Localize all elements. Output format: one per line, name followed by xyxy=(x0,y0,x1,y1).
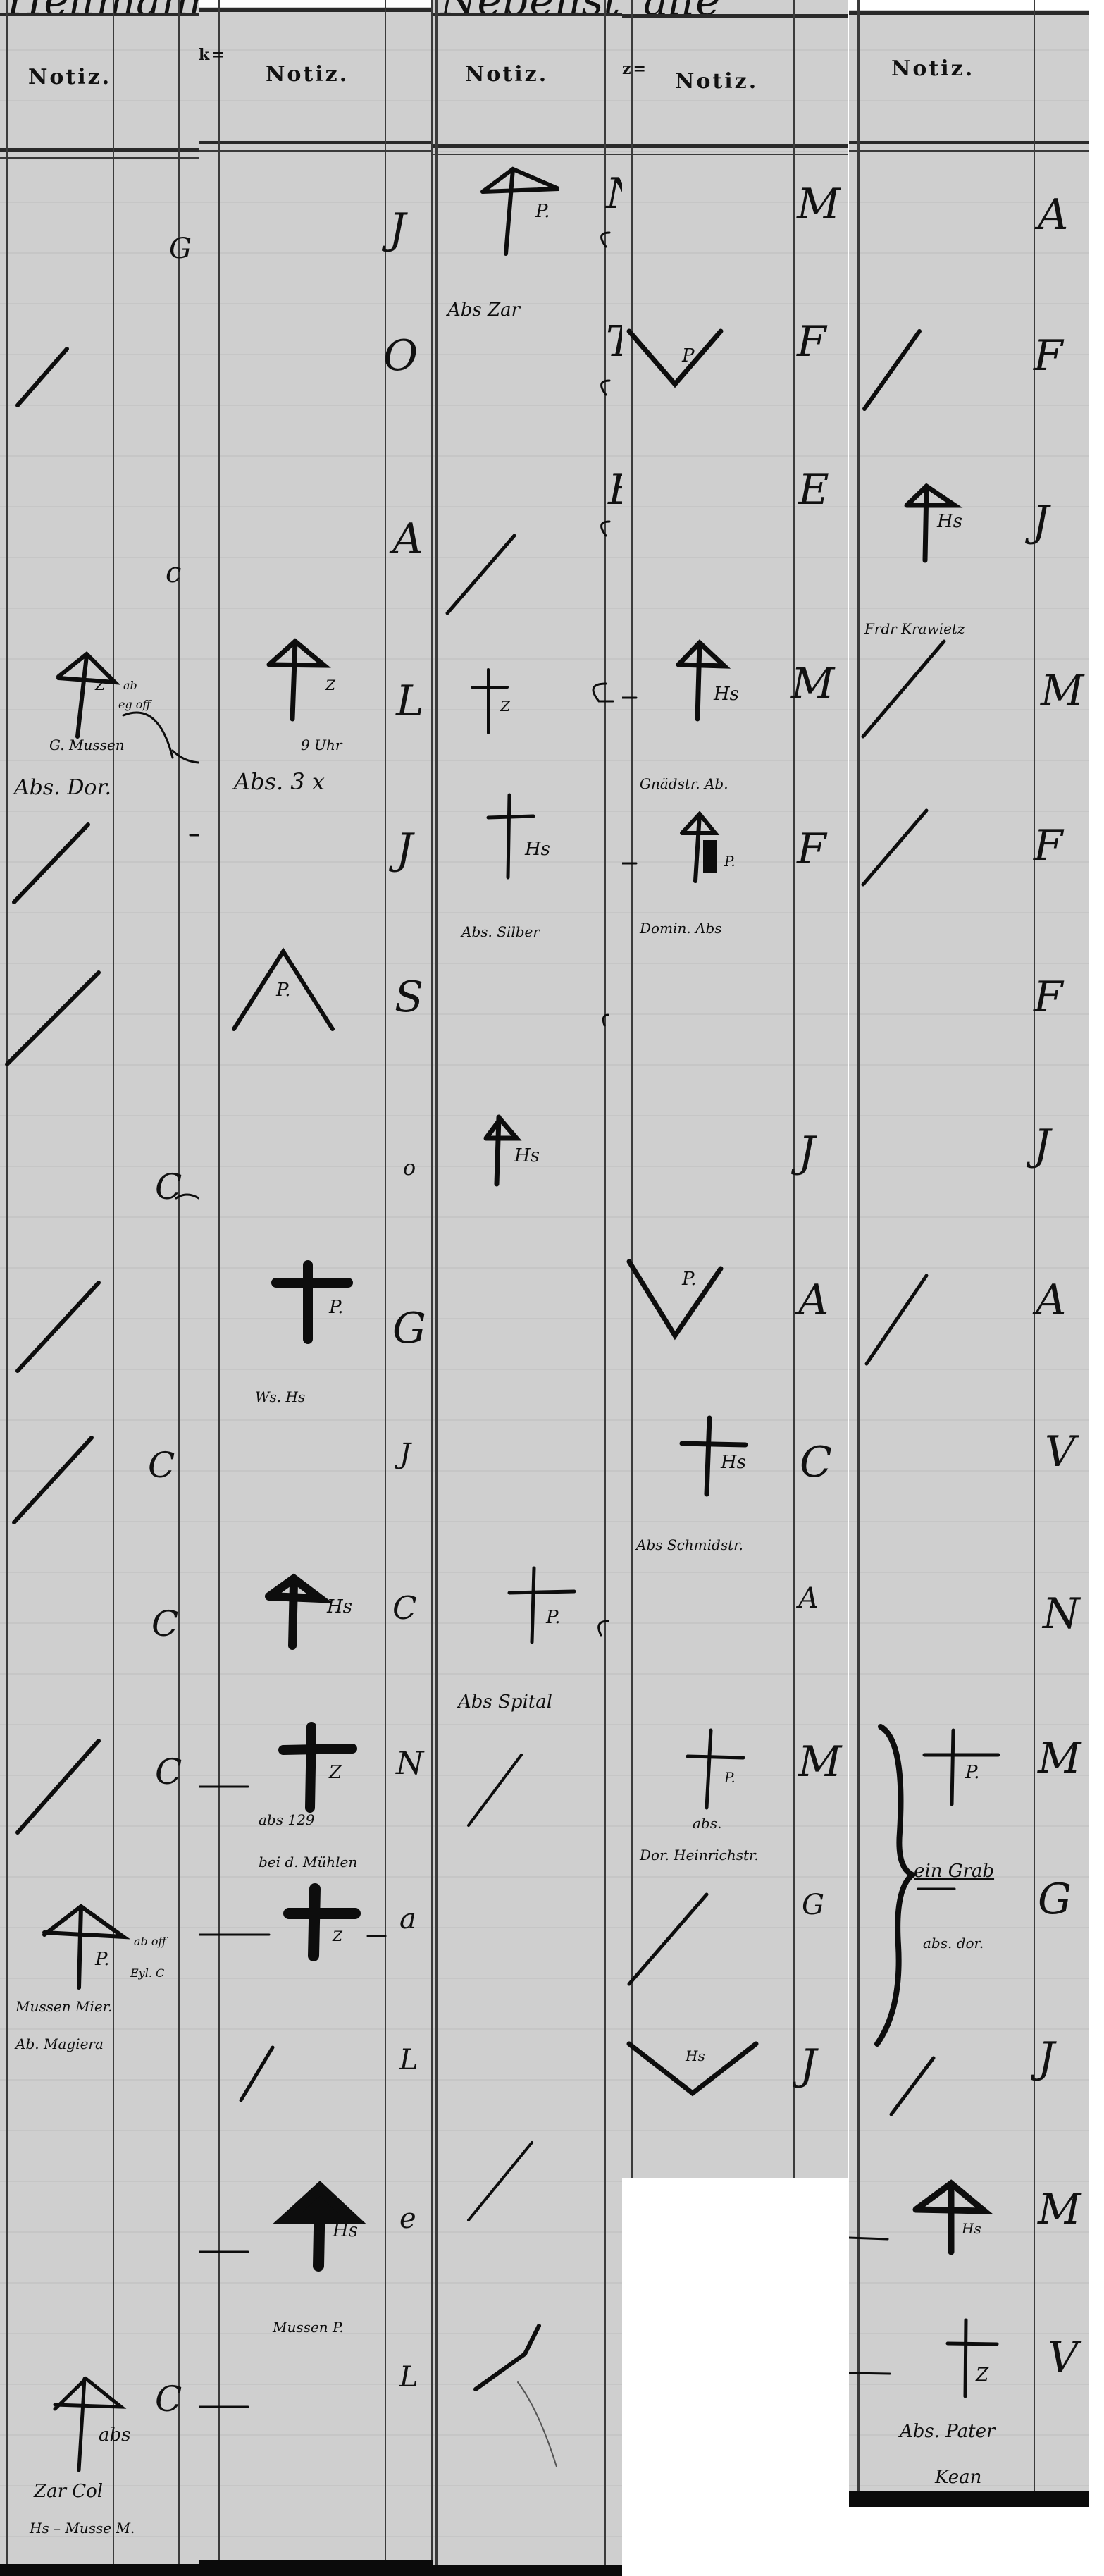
margin-letter: J xyxy=(1034,1121,1050,1170)
margin-letter: L xyxy=(396,677,424,726)
margin-letter: F xyxy=(1034,973,1063,1022)
note: Abs. Pater xyxy=(900,2421,995,2442)
margin-letter: e xyxy=(399,2202,416,2235)
margin-letter: c xyxy=(166,557,181,589)
note: Frdr Krawietz xyxy=(864,620,965,637)
margin-letter: E xyxy=(798,465,829,514)
margin-letter: J xyxy=(399,1438,411,1470)
slash-mark xyxy=(18,349,67,405)
grave-cross-roof-icon xyxy=(678,643,724,719)
margin-letter: M xyxy=(1041,666,1084,715)
note-suffix: Z xyxy=(95,677,105,694)
margin-letter: M xyxy=(791,659,834,708)
strip-2-marks xyxy=(199,0,433,2576)
note: Hs – Musse M. xyxy=(30,2520,135,2537)
margin-letter: J xyxy=(1038,2033,1055,2083)
grave-cross-roof-icon xyxy=(269,641,324,719)
note-suffix: P. xyxy=(329,1297,344,1318)
slash-mark xyxy=(447,536,514,613)
note-suffix: Z xyxy=(500,698,510,715)
margin-letter: G xyxy=(392,1304,426,1353)
note: abs 129 xyxy=(259,1811,315,1828)
scan-gap xyxy=(622,2178,849,2576)
note-suffix: Z xyxy=(325,677,335,694)
note-suffix: P. xyxy=(724,1769,736,1786)
note: Abs. Silber xyxy=(461,923,540,940)
note: Mussen Mier. xyxy=(15,1998,112,2015)
note-suffix: Hs xyxy=(686,2047,705,2064)
margin-letter: V xyxy=(1045,1427,1075,1477)
note: Zar Col xyxy=(34,2481,103,2502)
note-suffix: Hs xyxy=(721,1452,746,1473)
margin-letter: C xyxy=(155,1751,182,1792)
note-suffix: Hs xyxy=(514,1145,540,1166)
note: Gnädstr. Ab. xyxy=(640,775,728,792)
register-strip-2: k= Notiz. xyxy=(199,0,433,2576)
note: Abs. Dor. xyxy=(14,775,111,800)
margin-letter: F xyxy=(797,825,826,874)
note: abs. dor. xyxy=(923,1935,984,1952)
note-suffix: P. xyxy=(682,345,697,366)
page-edge xyxy=(0,2564,199,2576)
margin-letter: E xyxy=(608,465,622,514)
register-strip-5: Notiz. xyxy=(849,0,1104,2576)
margin-letter: G xyxy=(1038,1875,1072,1924)
note: G. Mussen xyxy=(49,737,125,753)
note-suffix: P. xyxy=(546,1607,561,1628)
note: eg off xyxy=(118,698,151,711)
note: abs. xyxy=(693,1815,721,1832)
note-suffix: Hs xyxy=(333,2220,358,2241)
note: ein Grab xyxy=(914,1861,994,1882)
margin-letter: L xyxy=(399,2361,418,2393)
margin-letter: N xyxy=(1043,1589,1080,1639)
note: bei d. Mühlen xyxy=(259,1854,357,1871)
note: ab xyxy=(123,679,137,692)
margin-letter: M xyxy=(797,180,840,229)
margin-letter: G xyxy=(802,1889,824,1921)
note: Eyl. C xyxy=(130,1966,164,1980)
margin-letter: L xyxy=(399,2044,418,2076)
note-suffix: Z xyxy=(333,1928,342,1945)
note: Abs Schmidstr. xyxy=(636,1536,743,1553)
note-suffix: Hs xyxy=(937,511,962,532)
margin-letter: S xyxy=(395,973,423,1022)
margin-letter: G xyxy=(169,233,192,265)
slash-mark xyxy=(864,331,919,409)
note-suffix: P. xyxy=(95,1949,110,1970)
margin-letter: O xyxy=(383,331,418,381)
note: Domin. Abs xyxy=(640,920,722,937)
margin-letter: C xyxy=(155,2379,182,2420)
margin-letter: M xyxy=(1038,2185,1081,2234)
grouping-brace xyxy=(877,1727,912,2044)
register-strip-3: Nebenstr Notiz. xyxy=(433,0,622,2576)
note-suffix: P. xyxy=(276,980,291,1001)
note-suffix: P. xyxy=(965,1762,980,1783)
note-suffix: Hs xyxy=(327,1596,352,1617)
note: abs xyxy=(99,2424,131,2446)
note: Abs Spital xyxy=(458,1691,552,1713)
margin-letter: C xyxy=(800,1438,832,1487)
note-suffix: Z xyxy=(329,1762,342,1783)
note: Dor. Heinrichstr. xyxy=(640,1847,759,1863)
margin-letter: F xyxy=(1034,821,1063,870)
page-edge xyxy=(199,2560,433,2576)
note: Mussen P. xyxy=(273,2319,344,2336)
margin-letter: C xyxy=(148,1445,175,1486)
margin-letter: T xyxy=(606,317,622,366)
margin-letter: J xyxy=(396,825,413,874)
margin-letter: F xyxy=(797,317,826,366)
margin-letter: J xyxy=(800,2040,817,2090)
note-suffix: Z xyxy=(976,2365,988,2386)
margin-letter: J xyxy=(389,204,406,254)
margin-letter: A xyxy=(798,1276,829,1325)
note: 9 Uhr xyxy=(301,737,342,753)
note: Abs Zar xyxy=(447,300,520,321)
margin-letter: V xyxy=(1048,2333,1078,2382)
register-strip-1: Heilmann Notiz. xyxy=(0,0,199,2576)
scan-gap xyxy=(849,2507,1104,2576)
margin-letter: J xyxy=(1032,497,1049,546)
margin-letter: N xyxy=(396,1744,423,1782)
margin-letter: C xyxy=(392,1589,416,1627)
register-strip-4: alle z= Notiz. xyxy=(622,0,849,2576)
margin-letter: C xyxy=(151,1603,178,1644)
note: Kean xyxy=(935,2467,981,2488)
note-suffix: Hs xyxy=(525,839,550,860)
margin-letter: F xyxy=(1034,331,1063,381)
note-suffix: P. xyxy=(682,1269,697,1290)
margin-letter: A xyxy=(392,514,423,564)
note-suffix: P. xyxy=(724,853,736,870)
check-mark xyxy=(629,331,721,384)
margin-letter: M xyxy=(1038,1734,1081,1783)
margin-letter: A xyxy=(1036,1276,1066,1325)
margin-letter: o xyxy=(403,1156,416,1181)
margin-letter: N xyxy=(606,169,622,218)
page-edge xyxy=(849,2491,1089,2507)
strip-1-marks xyxy=(0,0,199,2576)
page-edge xyxy=(433,2565,622,2576)
note-suffix: Hs xyxy=(962,2220,981,2237)
note: Abs. 3 x xyxy=(234,768,325,795)
note: Ws. Hs xyxy=(255,1388,305,1405)
margin-letter: C xyxy=(155,1166,182,1207)
note: ab off xyxy=(134,1935,166,1948)
margin-letter: A xyxy=(798,1582,819,1615)
note: Ab. Magiera xyxy=(15,2035,104,2052)
margin-letter: M xyxy=(798,1737,841,1787)
note-suffix: Hs xyxy=(714,684,739,705)
margin-letter: A xyxy=(1038,190,1068,240)
margin-letter: J xyxy=(798,1128,815,1177)
strip-3-marks xyxy=(433,0,622,2576)
margin-letter: a xyxy=(399,1903,416,1935)
note-suffix: P. xyxy=(535,201,550,222)
